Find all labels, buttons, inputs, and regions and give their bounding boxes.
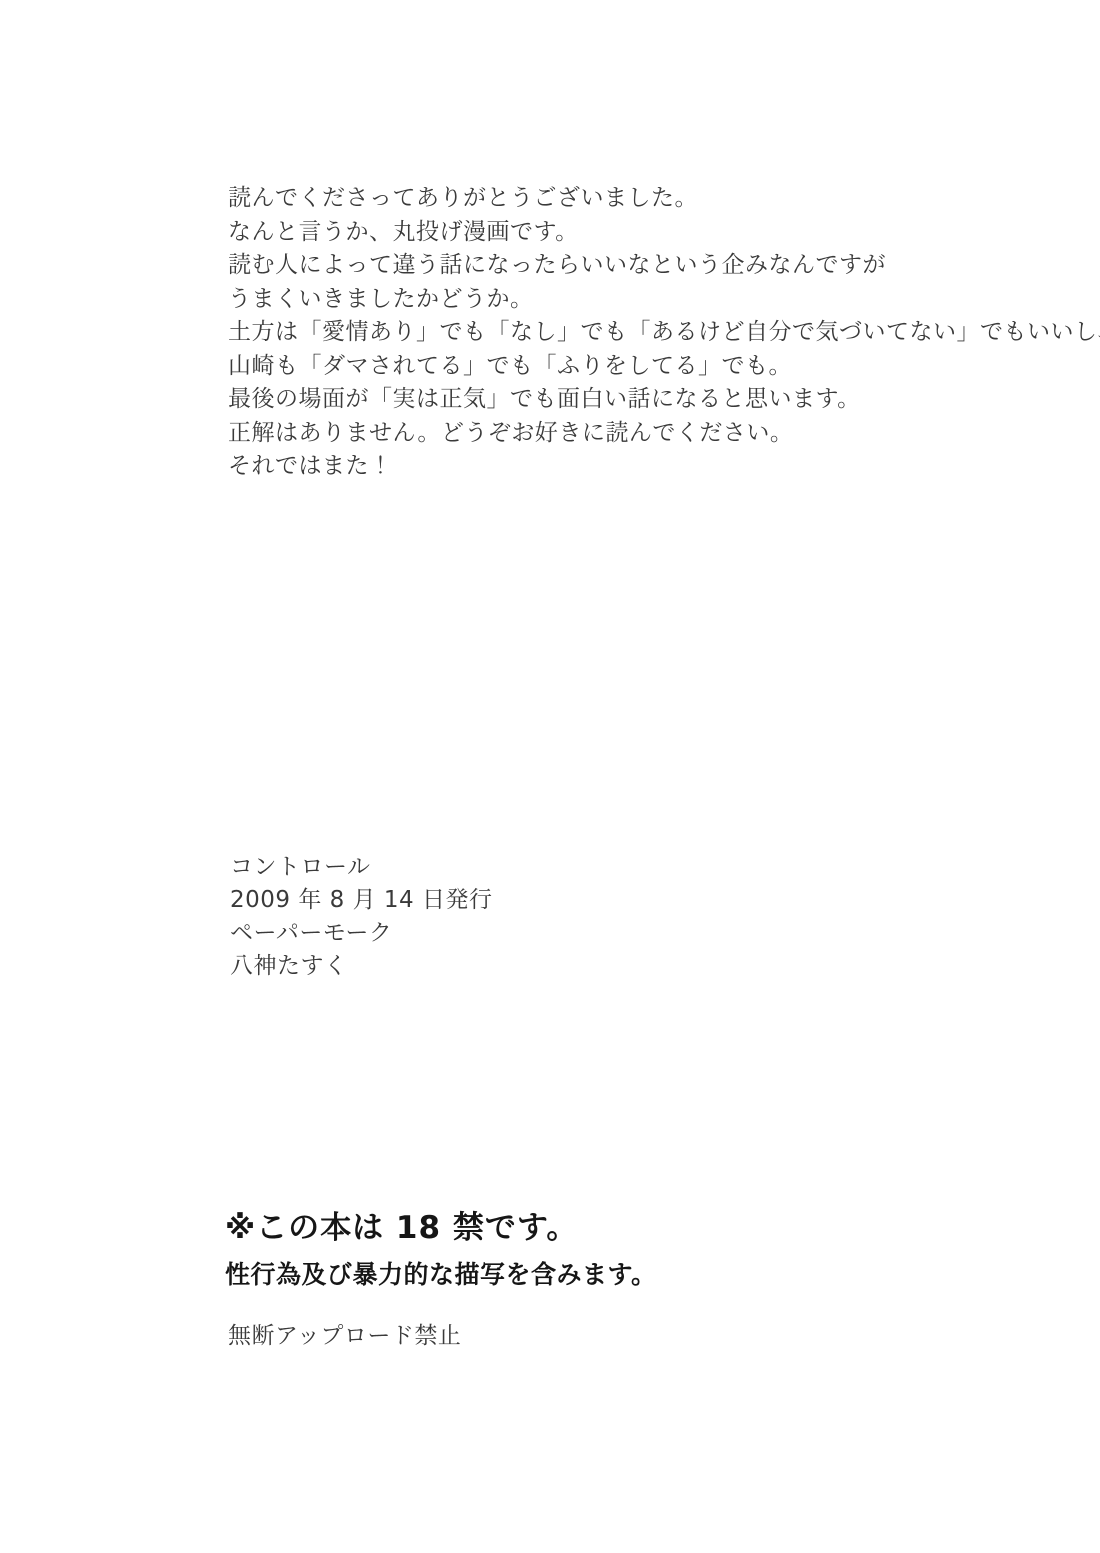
upload-prohibition-notice: 無断アップロード禁止 bbox=[228, 1320, 461, 1353]
upload-notice-text: 無断アップロード禁止 bbox=[228, 1320, 461, 1353]
afterword-line: 正解はありません。どうぞお好きに読んでください。 bbox=[228, 417, 1100, 451]
afterword-line: 最後の場面が「実は正気」でも面白い話になると思います。 bbox=[228, 383, 1100, 417]
age-warning-heading: ※この本は 18 禁です。 bbox=[225, 1210, 657, 1246]
afterword-line: 読んでくださってありがとうございました。 bbox=[228, 182, 1100, 216]
age-warning-block: ※この本は 18 禁です。 性行為及び暴力的な描写を含みます。 bbox=[225, 1210, 657, 1290]
afterword-line: 土方は「愛情あり」でも「なし」でも「あるけど自分で気づいてない」でもいいし、 bbox=[228, 316, 1100, 350]
afterword-page: 読んでくださってありがとうございました。 なんと言うか、丸投げ漫画です。 読む人… bbox=[0, 0, 1100, 1553]
colophon-date: 2009 年 8 月 14 日発行 bbox=[230, 884, 493, 917]
afterword-line: 山崎も「ダマされてる」でも「ふりをしてる」でも。 bbox=[228, 350, 1100, 384]
afterword-line: それではまた！ bbox=[228, 450, 1100, 484]
afterword-text-block: 読んでくださってありがとうございました。 なんと言うか、丸投げ漫画です。 読む人… bbox=[228, 182, 1100, 484]
content-warning-subheading: 性行為及び暴力的な描写を含みます。 bbox=[225, 1260, 657, 1290]
colophon-title: コントロール bbox=[230, 851, 493, 884]
afterword-line: うまくいきましたかどうか。 bbox=[228, 283, 1100, 317]
colophon-block: コントロール 2009 年 8 月 14 日発行 ペーパーモーク 八神たすく bbox=[230, 851, 493, 983]
colophon-publisher: ペーパーモーク bbox=[230, 917, 493, 950]
afterword-line: なんと言うか、丸投げ漫画です。 bbox=[228, 216, 1100, 250]
colophon-author: 八神たすく bbox=[230, 950, 493, 983]
afterword-line: 読む人によって違う話になったらいいなという企みなんですが bbox=[228, 249, 1100, 283]
